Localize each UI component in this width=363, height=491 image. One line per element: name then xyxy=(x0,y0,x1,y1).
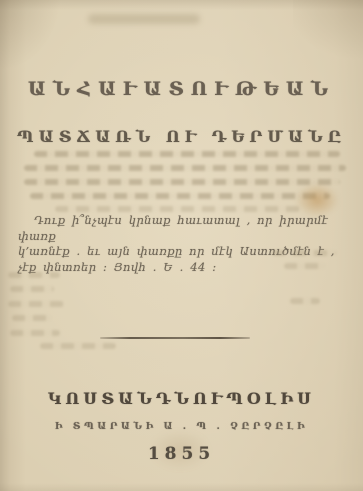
scanned-page: ԱՆՀԱՒԱՏՈՒԹԵԱՆ ՊԱՏՃԱՌՆ ՈՒ ԴԵՐՄԱՆԸ Դուք ի՞… xyxy=(0,0,363,491)
horizontal-rule xyxy=(100,337,250,339)
epigraph-line: Դուք ի՞նչպէս կրնաք հաւատալ , որ իրարմէ փ… xyxy=(18,213,348,244)
bleed-through-line xyxy=(8,272,60,278)
bleed-through-line xyxy=(24,165,346,171)
bleed-through-smudge xyxy=(88,14,200,24)
bleed-through-line xyxy=(12,315,52,321)
page-edge-shadow-bottom xyxy=(0,483,363,491)
book-title-line2: ՊԱՏՃԱՌՆ ՈՒ ԴԵՐՄԱՆԸ xyxy=(0,127,363,146)
bleed-through-line xyxy=(34,151,340,157)
bleed-through-line xyxy=(284,263,326,269)
bleed-through-line xyxy=(10,286,54,292)
page-corner-shadow xyxy=(293,0,363,60)
bleed-through-line xyxy=(272,250,336,256)
bleed-through-line xyxy=(40,343,116,349)
paper-stain xyxy=(295,183,339,217)
bleed-through-line xyxy=(10,330,60,336)
bleed-through-line xyxy=(24,179,340,185)
bleed-through-line xyxy=(8,301,64,307)
book-title-line1: ԱՆՀԱՒԱՏՈՒԹԵԱՆ xyxy=(0,78,363,100)
bleed-through-line xyxy=(30,193,330,199)
bleed-through-line xyxy=(55,206,300,212)
bleed-through-line xyxy=(290,298,320,304)
imprint-year: 1855 xyxy=(0,444,363,464)
page-corner-shadow xyxy=(0,0,60,70)
imprint-city: ԿՈՍՏԱՆԴՆՈՒՊՕԼԻՍ xyxy=(0,389,363,408)
